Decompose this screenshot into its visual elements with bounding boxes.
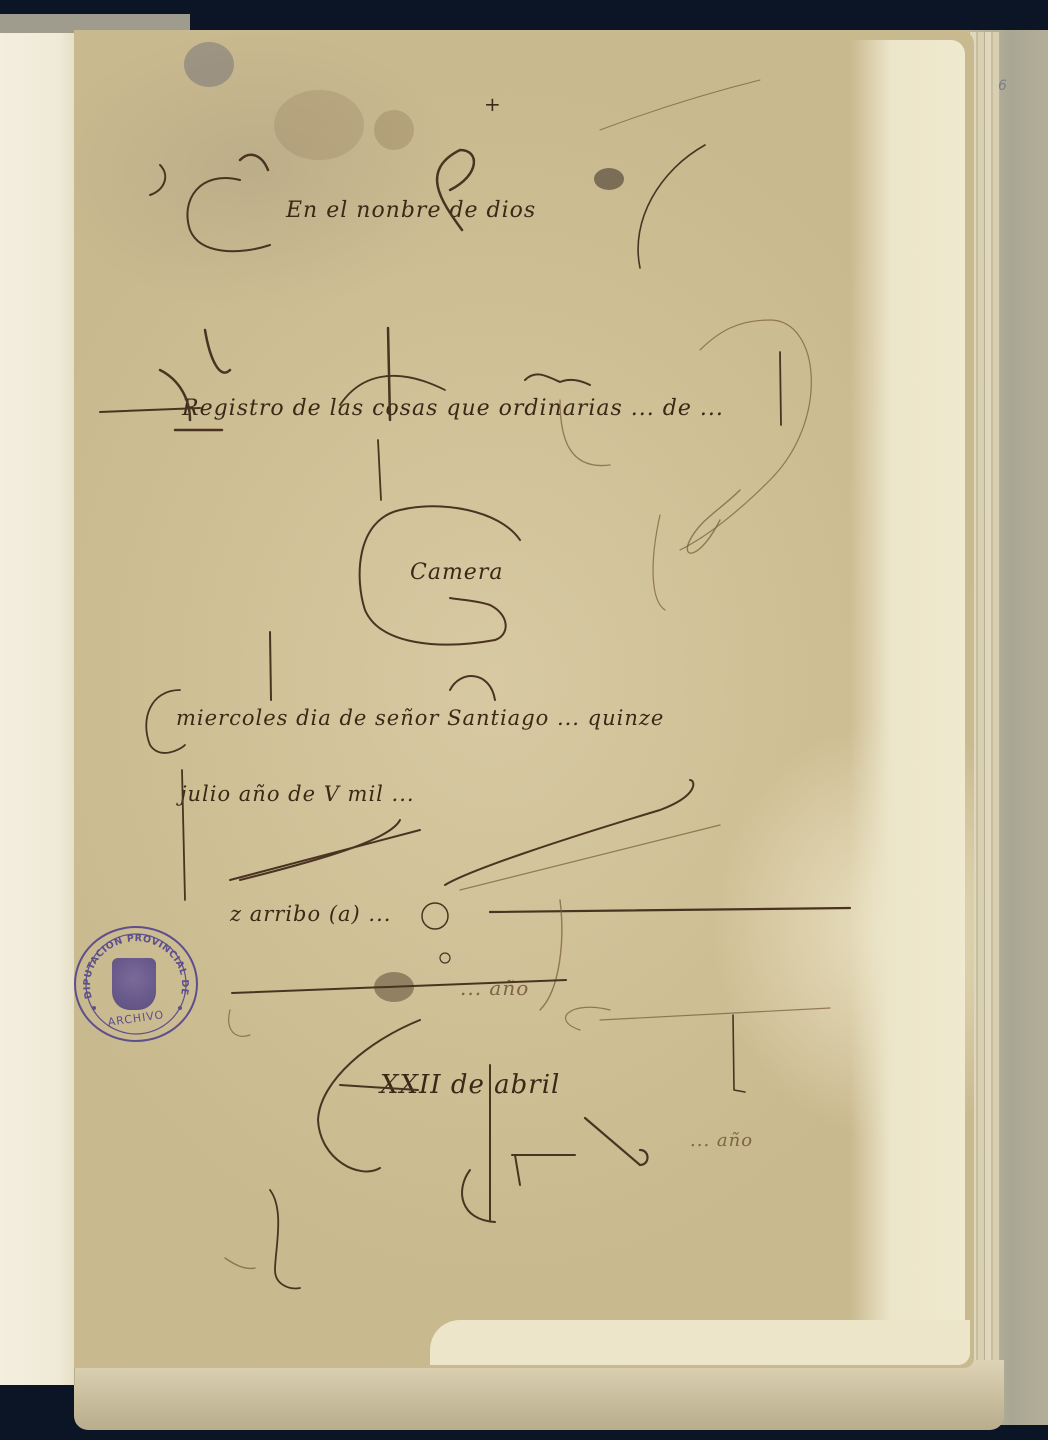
coat-of-arms-icon [112, 958, 156, 1010]
manuscript-scan: 6 En el nonbre de dios + Registro de las… [0, 0, 1048, 1440]
archive-stamp: DIPUTACION PROVINCIAL DE GRANADA ARCHIVO [74, 926, 198, 1042]
handwriting-flourishes [0, 0, 1048, 1440]
